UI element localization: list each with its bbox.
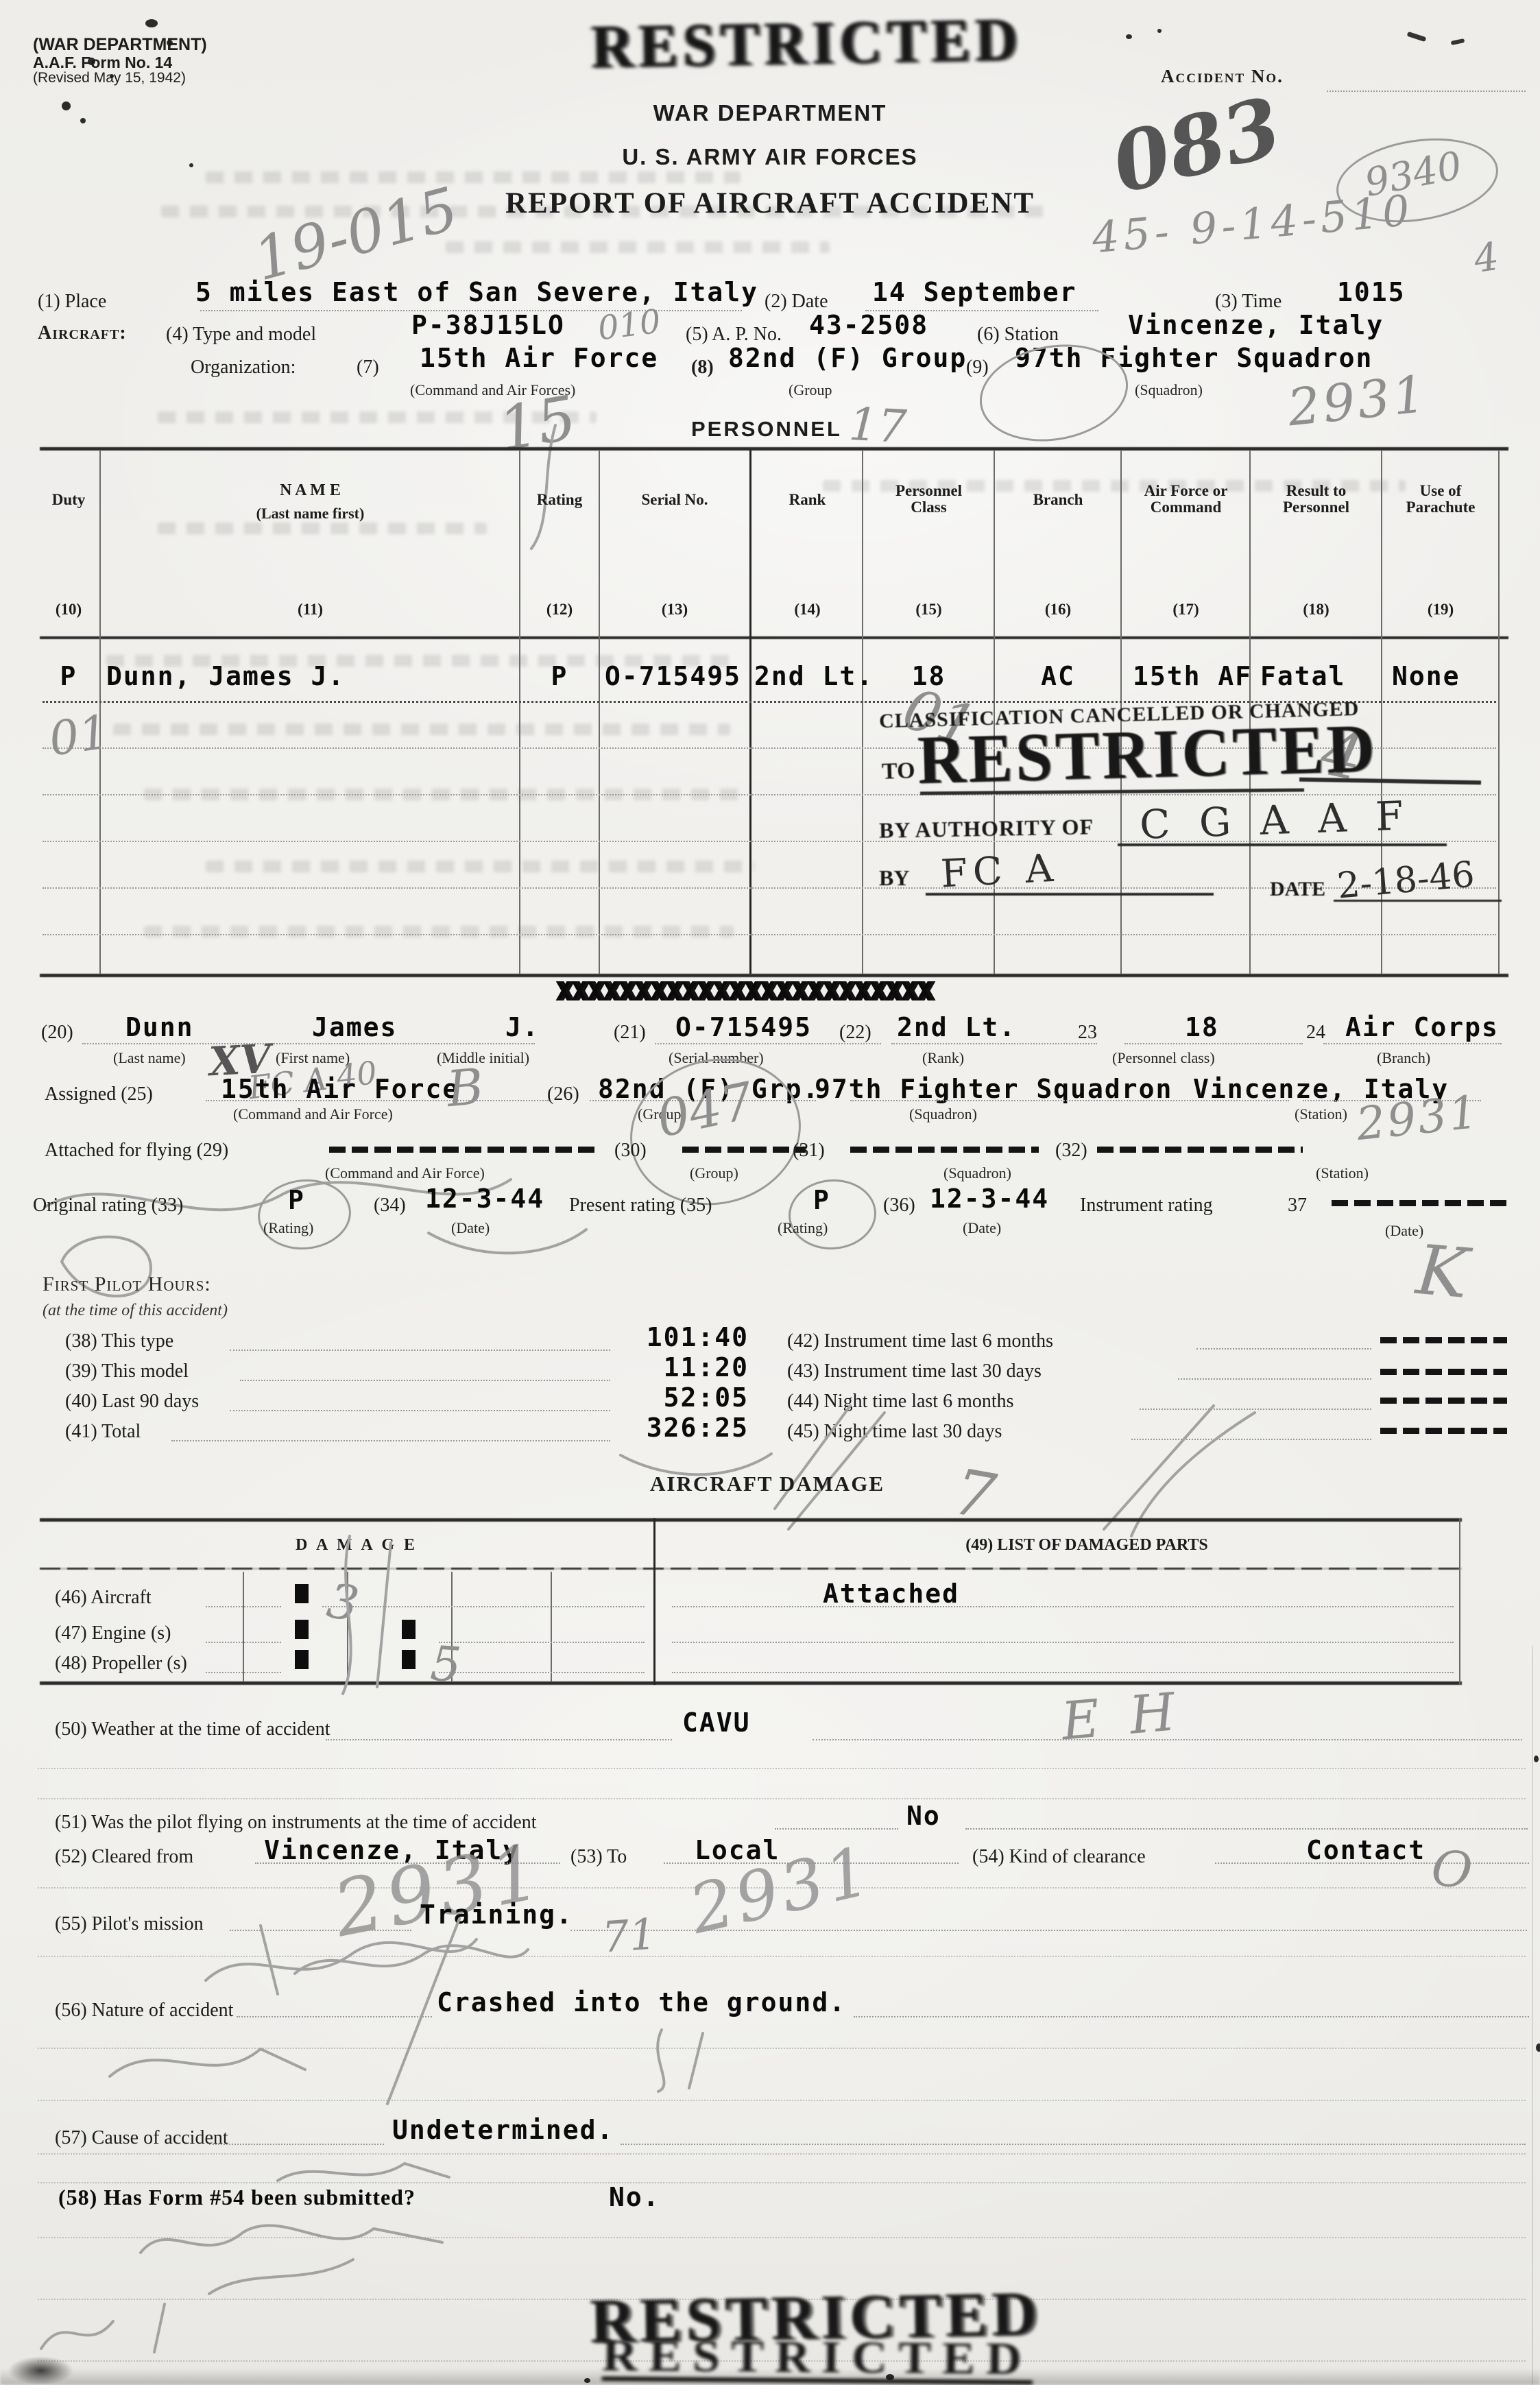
personnel-heading: PERSONNEL: [691, 417, 842, 442]
f50-value: CAVU: [682, 1707, 751, 1738]
s20-num: (20): [41, 1022, 73, 1044]
field-type-label: (4) Type and model: [166, 324, 316, 346]
s20-serial: O-715495: [675, 1012, 812, 1042]
accident-no-stamp: 083: [1103, 78, 1290, 211]
header-branch: U. S. ARMY AIR FORCES: [496, 144, 1044, 170]
s20-sub-branch: (Branch): [1377, 1049, 1430, 1067]
damage-mark-square: [295, 1584, 309, 1603]
type-pencil-note: 010: [596, 302, 663, 348]
f40-label: (40) Last 90 days: [65, 1391, 199, 1413]
damage-mark-square: [295, 1620, 309, 1639]
s33-n36: (36): [883, 1195, 915, 1217]
blank-row-line: [38, 2153, 1526, 2155]
leader-line: [439, 1672, 645, 1673]
clearance-pencil-mark: O: [1429, 1838, 1475, 1900]
s20-n24: 24: [1306, 1022, 1325, 1044]
s33-inst-label: Instrument rating: [1080, 1195, 1213, 1217]
ink-dash: [1407, 32, 1427, 42]
blank-row-line: [38, 1768, 1526, 1769]
f57-label: (57) Cause of accident: [55, 2127, 228, 2149]
ghost-text: [206, 861, 754, 872]
leader-line: [655, 1043, 881, 1044]
leader-line: [1196, 1348, 1371, 1350]
s29-n32: (32): [1055, 1140, 1087, 1162]
leader-line: [672, 1642, 1454, 1643]
table-vline: [519, 450, 520, 974]
table-top-rule: [40, 447, 1508, 451]
s33-date: 12-3-44: [425, 1184, 544, 1214]
leader-line: [672, 1672, 1454, 1673]
damage-vline: [1459, 1518, 1460, 1685]
f54-label: (54) Kind of clearance: [972, 1846, 1146, 1868]
damage-mark-square: [295, 1650, 309, 1669]
ink-speck: [62, 101, 71, 110]
s20-lastname: Dunn: [125, 1012, 194, 1042]
f40-value: 52:05: [612, 1382, 749, 1413]
s25-sub-station: (Station): [1295, 1105, 1347, 1123]
s20-n22: (22): [839, 1022, 871, 1044]
squadron-num: (9): [966, 357, 989, 379]
damage-pencil-mark: 7: [948, 1455, 1000, 1535]
classification-stamp-to: TO: [881, 758, 915, 785]
aircraft-section-label: Aircraft:: [38, 322, 127, 344]
stamp-date-label: DATE: [1270, 878, 1325, 901]
ghost-text: [144, 926, 734, 937]
s33-n37: 37: [1288, 1195, 1307, 1217]
row-af: 15th AF: [1133, 661, 1252, 691]
s20-n23: 23: [1078, 1022, 1097, 1044]
f38-value: 101:40: [612, 1322, 749, 1352]
form-number: A.A.F. Form No. 14: [33, 54, 207, 71]
leader-line: [230, 1410, 610, 1411]
leader-line: [1178, 1378, 1371, 1380]
document-header: WAR DEPARTMENT U. S. ARMY AIR FORCES REP…: [496, 100, 1044, 220]
damage-engine-label: (47) Engine (s): [55, 1622, 171, 1644]
blank-row-line: [38, 2048, 1526, 2049]
pencil-scribble: [422, 1226, 593, 1260]
ghost-text: [446, 241, 830, 253]
stamp-date-line: [1334, 900, 1502, 902]
field-afno-value: 43-2508: [809, 310, 928, 340]
f55-label: (55) Pilot's mission: [55, 1913, 204, 1935]
authority-label: BY AUTHORITY OF: [879, 814, 1094, 843]
leader-line: [206, 1606, 281, 1607]
leader-line: [82, 1043, 535, 1044]
pencil-scribble: [127, 2212, 456, 2301]
pencil-scribble: [521, 418, 562, 555]
group-sub: (Group: [789, 381, 832, 399]
group-num: (8): [691, 357, 714, 379]
s33-sub-pdate: (Date): [963, 1219, 1001, 1237]
pencil-scribble: [96, 2022, 315, 2104]
col-chute: Use of Parachute: [1384, 483, 1497, 516]
leader-line: [854, 2016, 1529, 2017]
s33-present: P: [813, 1185, 830, 1215]
row-chute: None: [1392, 661, 1460, 691]
leader-line: [621, 2144, 1526, 2145]
ghost-text: [113, 723, 730, 735]
col-num: (13): [602, 601, 747, 619]
crossed-field: [1380, 1428, 1507, 1434]
col-num: (14): [754, 601, 861, 619]
crossed-field: [1380, 1398, 1507, 1404]
row-rating: P: [522, 661, 597, 691]
authority-value: C G A A F: [1139, 792, 1412, 848]
crossed-field: [1332, 1200, 1506, 1206]
s29-sub-group: (Group): [690, 1164, 738, 1182]
instrument-pencil-mark: K: [1413, 1230, 1471, 1314]
leader-line: [326, 1739, 672, 1740]
col-rank: Rank: [754, 491, 861, 509]
leader-line: [965, 1828, 1528, 1830]
pencil-circle: [786, 1177, 879, 1253]
mission-pencil-mark: 71: [601, 1908, 658, 1962]
f38-label: (38) This type: [65, 1330, 173, 1352]
s29-sub-squadron: (Squadron): [943, 1164, 1011, 1182]
table-row-line: [43, 934, 1496, 935]
s33-sub-present: (Rating): [778, 1219, 828, 1237]
leader-line: [240, 1380, 610, 1381]
ink-speck: [1157, 29, 1162, 33]
f58-label: (58) Has Form #54 been submitted?: [58, 2185, 416, 2210]
authority-line: [1118, 843, 1447, 846]
page-title: REPORT OF AIRCRAFT ACCIDENT: [496, 187, 1044, 220]
s20-n21: (21): [614, 1022, 646, 1044]
s33-sub-rating: (Rating): [263, 1219, 313, 1237]
crossed-out-text: XXXXXXXXXXXXXXXXXXXXXXXX: [555, 976, 932, 1007]
f39-label: (39) This model: [65, 1361, 189, 1382]
leader-line: [672, 1606, 1454, 1607]
s20-sub-last: (Last name): [113, 1049, 186, 1067]
row-rank: 2nd Lt.: [754, 661, 874, 691]
s33-pdate: 12-3-44: [930, 1184, 1049, 1214]
table-header-rule: [40, 636, 1508, 639]
pencil-scribble: [48, 1221, 171, 1310]
form-dept: (WAR DEPARTMENT): [33, 36, 207, 54]
leader-line: [891, 1043, 1097, 1044]
col-rating: Rating: [522, 491, 597, 509]
pencil-scribble: [27, 2294, 261, 2359]
damage-bottom-rule: [40, 1681, 1462, 1685]
damage-attached: Attached: [823, 1579, 959, 1609]
form-revision: (Revised May 15, 1942): [33, 71, 207, 86]
field-place-label: (1) Place: [38, 291, 106, 313]
blank-row-line: [38, 2100, 1526, 2101]
damage-header-rule: [40, 1568, 1462, 1570]
col-af: Air Force or Command: [1124, 483, 1248, 516]
row-branch: AC: [997, 661, 1119, 691]
col-class: Personnel Class: [865, 483, 992, 516]
col-result: Result to Personnel: [1253, 483, 1380, 516]
damage-vline: [243, 1572, 244, 1681]
leader-line: [570, 1930, 1527, 1931]
table-vline: [749, 450, 751, 974]
table-vline: [599, 450, 600, 974]
ghost-text: [158, 523, 487, 534]
time-pencil-mark: 4: [1471, 235, 1502, 282]
org-num: (7): [357, 357, 379, 379]
col-num: (11): [103, 601, 518, 619]
s25-sub-squadron: (Squadron): [909, 1105, 977, 1123]
by-line: [926, 893, 1214, 896]
col-num: (15): [865, 601, 992, 619]
s25-sub-cmd: (Command and Air Force): [233, 1105, 393, 1123]
org-label: Organization:: [191, 357, 296, 379]
leader-line: [850, 1100, 1289, 1101]
pencil-scribble: [641, 2023, 730, 2098]
row-name: Dunn, James J.: [106, 661, 345, 691]
by-value: FC A: [939, 846, 1059, 897]
restricted-stamp-top: RESTRICTED: [590, 3, 1023, 82]
leader-line: [775, 1828, 898, 1830]
leader-line: [230, 1350, 610, 1351]
col-name: N A M E: [103, 481, 518, 500]
damage-right-head: (49) LIST OF DAMAGED PARTS: [878, 1536, 1296, 1555]
damage-divider: [653, 1518, 655, 1685]
damage-top-rule: [40, 1518, 1462, 1522]
col-num: (18): [1253, 601, 1380, 619]
hours-note: (at the time of this accident): [43, 1302, 228, 1320]
pencil-scribble: [768, 1399, 905, 1536]
page-edge-line: [1532, 1646, 1533, 2385]
col-duty: Duty: [38, 491, 99, 509]
f39-value: 11:20: [612, 1352, 749, 1382]
field-station-value: Vincenze, Italy: [1128, 310, 1384, 340]
crossed-field: [850, 1147, 1039, 1153]
header-dept: WAR DEPARTMENT: [496, 100, 1044, 126]
leader-line: [206, 1100, 549, 1101]
s33-sub-idate: (Date): [1385, 1222, 1423, 1240]
f54-value: Contact: [1306, 1835, 1425, 1865]
s25-n26: (26): [547, 1083, 579, 1105]
field-date-value: 14 September: [872, 277, 1077, 307]
crossed-field: [1380, 1369, 1507, 1375]
s29-sub-station: (Station): [1316, 1164, 1369, 1182]
s20-firstname: James: [312, 1012, 397, 1042]
col-branch: Branch: [997, 491, 1119, 509]
scan-shadow: [0, 2369, 1540, 2385]
assigned-pencil-mark: B: [444, 1057, 485, 1118]
ink-speck: [189, 163, 193, 167]
f51-value: No: [906, 1801, 941, 1831]
f42-label: (42) Instrument time last 6 months: [787, 1330, 1053, 1352]
damage-aircraft-label: (46) Aircraft: [55, 1587, 152, 1609]
f41-value: 326:25: [612, 1413, 749, 1443]
org-value: 15th Air Force: [420, 343, 658, 373]
f56-label: (56) Nature of accident: [55, 2000, 233, 2022]
col-num: (16): [997, 601, 1119, 619]
damage-vline: [551, 1572, 552, 1681]
pencil-scribble: [374, 1912, 470, 2111]
f53-label: (53) To: [570, 1846, 627, 1868]
col-serial: Serial No.: [602, 491, 747, 509]
ink-speck: [1536, 2044, 1540, 2052]
ink-speck: [1126, 34, 1132, 39]
leader-line: [206, 1672, 281, 1673]
ink-speck: [145, 19, 158, 27]
field-time-value: 1015: [1337, 277, 1406, 307]
s25-label: Assigned (25): [45, 1083, 153, 1105]
col-num: (17): [1124, 601, 1248, 619]
s33-rating: P: [288, 1185, 305, 1215]
leader-line: [209, 2144, 384, 2145]
s29-n31: (31): [793, 1140, 825, 1162]
ink-speck: [80, 118, 86, 123]
pencil-scribble: [1090, 1392, 1268, 1536]
crossed-field: [1097, 1147, 1303, 1153]
leader-line: [439, 1642, 645, 1643]
accident-report-document: (WAR DEPARTMENT) A.A.F. Form No. 14 (Rev…: [0, 0, 1540, 2385]
duty-pencil-note: 01: [46, 705, 112, 767]
classification-stamp-word: RESTRICTED: [917, 708, 1378, 800]
s33-present-label: Present rating (35): [569, 1195, 712, 1217]
crossed-field: [682, 1147, 806, 1153]
table-row-line: [43, 794, 1496, 795]
damage-heading: AIRCRAFT DAMAGE: [650, 1472, 885, 1496]
f52-label: (52) Cleared from: [55, 1846, 193, 1868]
blank-row-line: [38, 1887, 1526, 1889]
s20-mi: J.: [505, 1012, 540, 1042]
s20-branch: Air Corps: [1345, 1012, 1499, 1042]
pencil-scribble: [322, 1529, 418, 1701]
personnel-pencil-note: 17: [847, 398, 908, 453]
row-duty: P: [38, 661, 99, 691]
f57-value: Undetermined.: [392, 2115, 614, 2145]
s20-sub-rank: (Rank): [922, 1049, 964, 1067]
leader-line: [171, 1440, 610, 1441]
scan-blob: [8, 2356, 73, 2385]
crossed-field: [1380, 1337, 1507, 1343]
station-pencil-note: 2931: [1285, 365, 1430, 438]
f50-label: (50) Weather at the time of accident: [55, 1718, 330, 1740]
accident-no-line: [1327, 91, 1526, 92]
hours-heading: First Pilot Hours:: [43, 1273, 211, 1296]
col-num: (10): [38, 601, 99, 619]
s20-class: 18: [1185, 1012, 1219, 1042]
f58-value: No.: [609, 2182, 660, 2212]
s33-n34: (34): [374, 1195, 406, 1217]
damage-propeller-label: (48) Propeller (s): [55, 1653, 187, 1675]
s29-n30: (30): [614, 1140, 647, 1162]
f43-label: (43) Instrument time last 30 days: [787, 1361, 1042, 1382]
blank-row-line: [38, 1798, 1526, 1799]
row-serial: O-715495: [605, 661, 741, 691]
leader-line: [206, 1642, 281, 1643]
table-vline: [1498, 450, 1500, 974]
leader-line: [1323, 1043, 1502, 1044]
form-id-block: (WAR DEPARTMENT) A.A.F. Form No. 14 (Rev…: [33, 36, 207, 86]
s20-rank: 2nd Lt.: [897, 1012, 1016, 1042]
blank-row-line: [38, 2182, 1526, 2183]
squadron-sub: (Squadron): [1135, 381, 1203, 399]
table-vline: [862, 450, 863, 974]
group-value: 82nd (F) Group: [728, 343, 967, 373]
f41-label: (41) Total: [65, 1421, 141, 1443]
f56-value: Crashed into the ground.: [437, 1987, 846, 2017]
col-num: (19): [1384, 601, 1497, 619]
table-pencil-mark: 5: [429, 1635, 463, 1694]
by-label: BY: [879, 865, 909, 891]
weather-pencil-mark: E H: [1059, 1681, 1184, 1752]
field-place-value: 5 miles East of San Severe, Italy: [195, 277, 758, 307]
col-num: (12): [522, 601, 597, 619]
ink-speck: [1534, 1755, 1539, 1762]
ink-dash: [1451, 38, 1465, 45]
row-result: Fatal: [1260, 661, 1345, 691]
leader-line: [1215, 1862, 1529, 1864]
f51-label: (51) Was the pilot flying on instruments…: [55, 1812, 537, 1834]
field-type-value: P-38J15LO: [411, 310, 565, 340]
col-name-sub: (Last name first): [103, 505, 518, 523]
s33-label: Original rating (33): [33, 1195, 183, 1217]
s20-sub-class: (Personnel class): [1112, 1049, 1215, 1067]
leader-line: [1124, 1043, 1303, 1044]
